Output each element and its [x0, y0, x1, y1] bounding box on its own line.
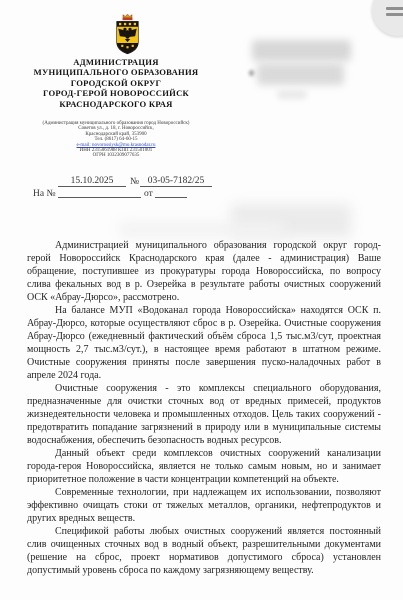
- paragraph-balance: На балансе МУП «Водоканал города Новорос…: [27, 304, 381, 382]
- reference-block: 15.10.2025 № 03-05-7182/25 На № от: [0, 175, 403, 207]
- paragraph-object: Данный объект среди комплексов очистных …: [27, 447, 381, 486]
- org-title-line: АДМИНИСТРАЦИЯ: [8, 57, 224, 67]
- org-title-line: ГОРОД-ГЕРОЙ НОВОРОССИЙСК: [8, 88, 224, 98]
- redacted-note-smudge-2: [120, 222, 285, 237]
- org-ogrn: ОГРН 1032309077635: [8, 153, 224, 158]
- reply-to-label: На №: [33, 189, 56, 199]
- scanned-letter-page: АДМИНИСТРАЦИЯ МУНИЦИПАЛЬНОГО ОБРАЗОВАНИЯ…: [0, 0, 403, 600]
- from-date-label: от: [144, 189, 153, 199]
- coat-of-arms-icon: [114, 13, 141, 55]
- paragraph-intro: Администрацией муниципального образовани…: [27, 239, 381, 304]
- paragraph-definition: Очистные сооружения - это комплексы спец…: [27, 382, 381, 447]
- org-title-line: КРАСНОДАРСКОГО КРАЯ: [8, 99, 224, 109]
- reply-number-line: [58, 181, 141, 198]
- letterhead: АДМИНИСТРАЦИЯ МУНИЦИПАЛЬНОГО ОБРАЗОВАНИЯ…: [8, 13, 224, 159]
- paragraph-specifics: Спецификой работы любых очистных сооруже…: [27, 525, 381, 577]
- paragraph-technologies: Современные технологии, при надлежащем и…: [27, 486, 381, 525]
- letter-body: Администрацией муниципального образовани…: [27, 239, 381, 577]
- from-date-line: [155, 181, 187, 198]
- org-title-line: ГОРОДСКОЙ ОКРУГ: [8, 78, 224, 88]
- menu-button[interactable]: [372, 0, 403, 36]
- redacted-recipient-line-1: [252, 40, 351, 61]
- redacted-recipient-line-2: [257, 63, 344, 85]
- redacted-recipient-line-3: [277, 90, 307, 99]
- org-contact-block: (Администрация муниципального образовани…: [8, 121, 224, 159]
- org-title: АДМИНИСТРАЦИЯ МУНИЦИПАЛЬНОГО ОБРАЗОВАНИЯ…: [8, 57, 224, 109]
- redacted-recipient-bullet: [249, 70, 254, 76]
- org-title-line: МУНИЦИПАЛЬНОГО ОБРАЗОВАНИЯ: [8, 67, 224, 77]
